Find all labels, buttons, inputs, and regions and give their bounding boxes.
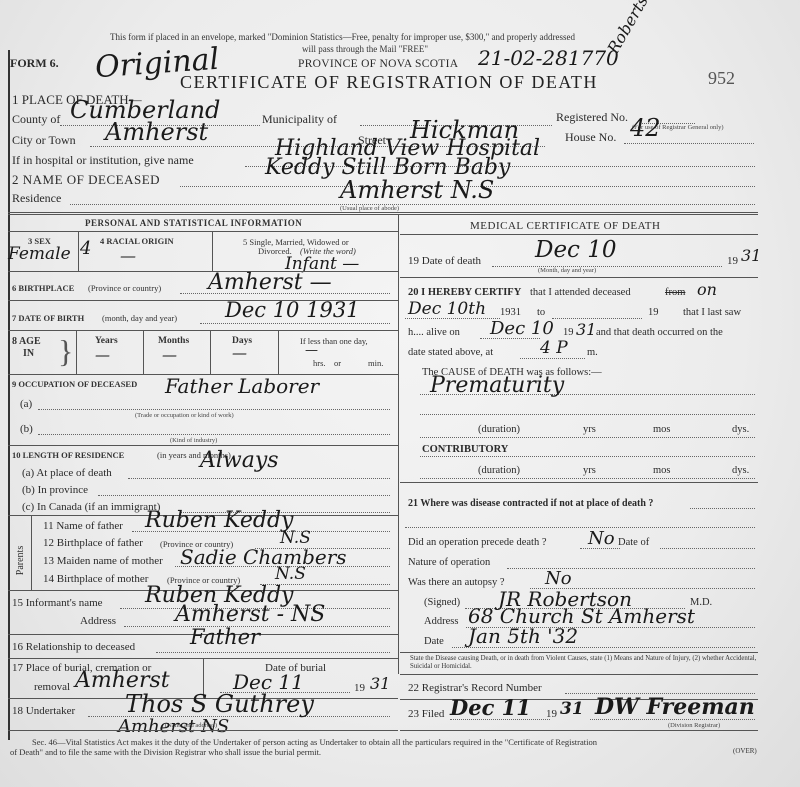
filed-year-prefix: 19 [546, 708, 557, 720]
birthplace-label: 6 BIRTHPLACE [12, 283, 74, 293]
burial-year-value: 31 [370, 674, 390, 693]
burial-place-label-2: removal [34, 681, 70, 693]
dod-year-prefix: 19 [727, 255, 738, 267]
contracted-label: 21 Where was disease contracted if not a… [408, 498, 653, 509]
time-suffix: m. [587, 347, 598, 358]
filed-label: 23 Filed [408, 708, 444, 720]
attended-from-year: 1931 [500, 307, 521, 318]
age-min-label: min. [368, 358, 383, 368]
racial-mark: 4 [80, 238, 91, 259]
cause-duration-label: (duration) [478, 424, 520, 435]
hospital-label: If in hospital or institution, give name [12, 153, 194, 168]
postal-notice-line1: This form if placed in an envelope, mark… [110, 32, 575, 42]
residence-length-value: Always [200, 448, 279, 473]
date-value: Jan 5th '32 [468, 624, 578, 648]
age-or-label: or [334, 358, 341, 368]
operation-nature-label: Nature of operation [408, 557, 490, 568]
undertaker-value: Thos S Guthrey [125, 690, 314, 718]
cause-yrs-label: yrs [583, 424, 596, 435]
cause-instructions: State the Disease causing Death, or in d… [410, 655, 760, 671]
autopsy-value: No [545, 568, 572, 589]
occupation-value: Father Laborer [165, 374, 319, 398]
residence-canada-label: (c) In Canada (if an immigrant) [22, 501, 160, 513]
informant-address-label: Address [80, 615, 116, 627]
undertaker-address: Amherst NS [118, 716, 229, 737]
operation-label: Did an operation precede death ? [408, 537, 546, 548]
residence-note: (Usual place of abode) [340, 205, 399, 212]
contrib-dys-label: dys. [732, 465, 749, 476]
age-lessday-value: — [305, 343, 318, 358]
province-label: PROVINCE OF NOVA SCOTIA [298, 58, 458, 70]
mother-birthplace-label: 14 Birthplace of mother [43, 573, 148, 585]
informant-address-value: Amherst - NS [175, 602, 325, 627]
time-value: 4 P [540, 338, 568, 358]
dod-note: (Month, day and year) [538, 267, 596, 274]
footer-line1: Sec. 46—Vital Statistics Act makes it th… [32, 737, 597, 747]
undertaker-label: 18 Undertaker [12, 705, 75, 717]
age-months-label: Months [158, 336, 189, 346]
date-label: Date [424, 636, 444, 647]
residence-province-label: (b) In province [22, 484, 88, 496]
filed-value: Dec 11 [450, 695, 531, 720]
cause-value: Prematurity [430, 373, 564, 398]
residence-label: Residence [12, 191, 61, 206]
father-name-label: 11 Name of father [43, 520, 123, 532]
parents-side-label: Parents [15, 546, 26, 575]
contrib-mos-label: mos [653, 465, 671, 476]
city-label: City or Town [12, 133, 76, 148]
certify-text: that I attended deceased [530, 287, 631, 298]
address-label: Address [424, 616, 458, 627]
age-label-1: 8 AGE [12, 336, 41, 347]
relationship-label: 16 Relationship to deceased [12, 641, 135, 653]
age-years-value: — [95, 346, 110, 364]
corner-annotation: Robertson M.D. [604, 0, 684, 57]
house-no-value: 42 [630, 114, 661, 142]
certificate-number: 952 [708, 68, 735, 89]
age-brace: } [58, 333, 73, 370]
registrar-note: (Division Registrar) [668, 722, 720, 729]
birthplace-value: Amherst — [208, 270, 332, 295]
date-stated-label: date stated above, at [408, 347, 493, 358]
burial-year-prefix: 19 [354, 682, 365, 694]
certify-from-value: on [697, 280, 717, 299]
dob-value: Dec 10 1931 [225, 298, 360, 322]
operation-date-label: Date of [618, 537, 649, 548]
deceased-name-label: 2 NAME OF DECEASED [12, 172, 160, 188]
house-no-label: House No. [565, 130, 616, 145]
age-years-label: Years [95, 336, 118, 346]
birthplace-note: (Province or country) [88, 283, 161, 293]
personal-section-title: PERSONAL AND STATISTICAL INFORMATION [85, 218, 302, 228]
alive-value: Dec 10 [490, 318, 554, 339]
mother-maiden-label: 13 Maiden name of mother [43, 555, 163, 567]
last-saw-label: that I last saw [683, 307, 741, 318]
age-label-2: IN [23, 348, 34, 359]
operation-value: No [588, 528, 615, 549]
alive-year-prefix: 19 [563, 327, 574, 338]
cause-dys-label: dys. [732, 424, 749, 435]
signed-label: (Signed) [424, 597, 460, 608]
dod-value: Dec 10 [535, 237, 617, 263]
residence-value: Amherst N.S [340, 176, 494, 204]
reference-number: 21-02-281770 [478, 46, 619, 70]
medical-section-title: MEDICAL CERTIFICATE OF DEATH [470, 220, 660, 232]
form-number: FORM 6. [10, 56, 59, 71]
filed-year-value: 31 [560, 699, 584, 719]
contrib-yrs-label: yrs [583, 465, 596, 476]
occupation-b-note: (Kind of industry) [170, 437, 217, 444]
certificate-title: CERTIFICATE OF REGISTRATION OF DEATH [180, 72, 598, 93]
father-name-value: Ruben Keddy [145, 508, 293, 533]
dod-year-value: 31 [741, 246, 761, 265]
contributory-label: CONTRIBUTORY [422, 444, 508, 455]
contrib-duration-label: (duration) [478, 465, 520, 476]
left-border [8, 50, 10, 740]
certify-label: 20 I HEREBY CERTIFY [408, 287, 521, 298]
alive-label: h.... alive on [408, 327, 460, 338]
dod-label: 19 Date of death [408, 255, 481, 267]
certify-from-struck: from [665, 287, 685, 298]
alive-year-value: 31 [576, 320, 596, 339]
mother-birthplace-value: N.S [275, 564, 306, 584]
city-value: Amherst [105, 118, 208, 146]
footer-line2: of Death" and to file the same with the … [10, 747, 321, 757]
registrar-signature: DW Freeman [595, 694, 755, 720]
racial-origin-value: — [120, 246, 136, 265]
occupation-b-label: (b) [20, 423, 33, 435]
residence-length-label: 10 LENGTH OF RESIDENCE [12, 450, 124, 460]
dob-note: (month, day and year) [102, 313, 177, 323]
age-months-value: — [162, 346, 177, 364]
age-hrs-label: hrs. [313, 358, 326, 368]
attended-from-value: Dec 10th [408, 299, 486, 319]
mother-maiden-value: Sadie Chambers [180, 545, 347, 569]
record-number-label: 22 Registrar's Record Number [408, 682, 542, 694]
residence-place-of-death-label: (a) At place of death [22, 467, 112, 479]
sex-value: Female [8, 244, 71, 264]
autopsy-label: Was there an autopsy ? [408, 577, 505, 588]
age-days-value: — [232, 344, 247, 362]
father-birthplace-label: 12 Birthplace of father [43, 537, 143, 549]
death-occurred-label: and that death occurred on the [596, 327, 723, 338]
occupation-a-note: (Trade or occupation or kind of work) [135, 412, 234, 419]
to-label: to [537, 307, 545, 318]
occupation-label: 9 OCCUPATION OF DECEASED [12, 379, 137, 389]
footer-over: (OVER) [733, 747, 757, 755]
county-label: County of [12, 112, 60, 127]
informant-label: 15 Informant's name [12, 597, 103, 609]
registered-no-label: Registered No. [556, 110, 628, 125]
postal-notice-line2: will pass through the Mail "FREE" [302, 44, 428, 54]
to-year-prefix: 19 [648, 307, 659, 318]
municipality-label: Municipality of [262, 112, 337, 127]
dob-label: 7 DATE OF BIRTH [12, 313, 84, 323]
death-certificate: This form if placed in an envelope, mark… [0, 0, 800, 787]
occupation-a-label: (a) [20, 398, 32, 410]
racial-origin-label: 4 RACIAL ORIGIN [100, 236, 174, 246]
cause-mos-label: mos [653, 424, 671, 435]
relationship-value: Father [190, 625, 260, 649]
